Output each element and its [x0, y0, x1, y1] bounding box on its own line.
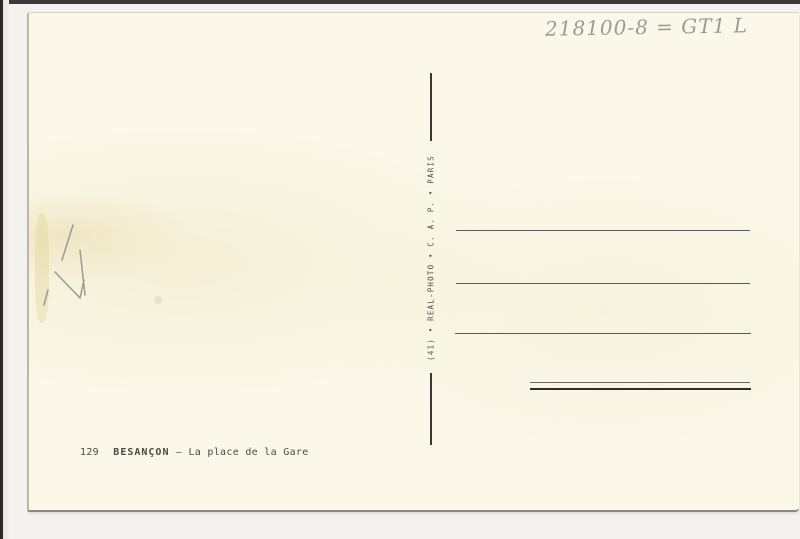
divider-bottom-segment: [430, 373, 432, 445]
address-line-3: [455, 333, 751, 334]
caption-title: La place de la Gare: [188, 447, 308, 458]
scan-edge-left: [0, 0, 9, 539]
address-line-4-thick: [530, 388, 751, 390]
scan-edge-top: [0, 0, 800, 4]
caption-place: BESANÇON: [113, 447, 169, 458]
address-line-1: [456, 230, 750, 231]
divider-top-segment: [430, 73, 432, 141]
caption-separator: —: [176, 447, 182, 458]
address-line-2: [456, 283, 750, 284]
stain-spot: [154, 296, 162, 304]
address-line-4-thin: [530, 382, 750, 383]
publisher-imprint: (41) • REAL-PHOTO • C. A. P. • PARIS: [427, 155, 436, 361]
pencil-scribble-icon: [40, 220, 90, 310]
caption-number: 129: [80, 447, 99, 458]
postcard-caption: 129 BESANÇON — La place de la Gare: [80, 447, 309, 458]
postcard-back: [27, 12, 799, 512]
handwritten-note: 218100-8 = GT1 L: [545, 13, 748, 41]
